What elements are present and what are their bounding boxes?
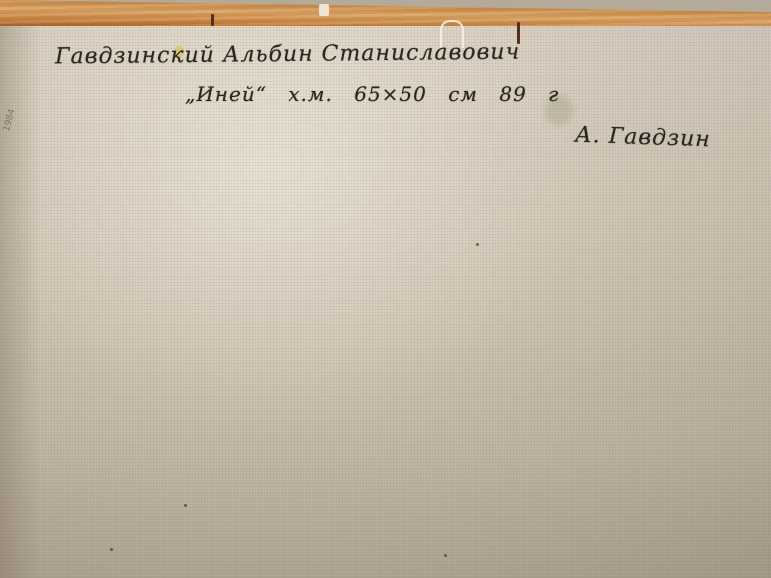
speck (476, 243, 479, 246)
artwork-title: „Иней“ (185, 82, 267, 106)
artwork-details-inscription: „Иней“ х.м. 65×50 см 89 г (185, 82, 559, 106)
speck (110, 548, 113, 551)
artist-name-inscription: Гавдзинский Альбин Станиславович (55, 40, 520, 70)
paper-tag (319, 4, 329, 16)
artwork-size: 65×50 см (354, 82, 478, 106)
canvas-back-photo: Гавдзинский Альбин Станиславович „Иней“ … (0, 0, 771, 578)
nail (211, 14, 214, 26)
artwork-year: 89 г (499, 82, 559, 106)
speck (184, 504, 187, 507)
speck (444, 554, 447, 557)
artist-signature: А. Гавдзин (575, 123, 712, 153)
canvas-surface (0, 26, 771, 578)
artwork-medium: х.м. (288, 82, 333, 106)
